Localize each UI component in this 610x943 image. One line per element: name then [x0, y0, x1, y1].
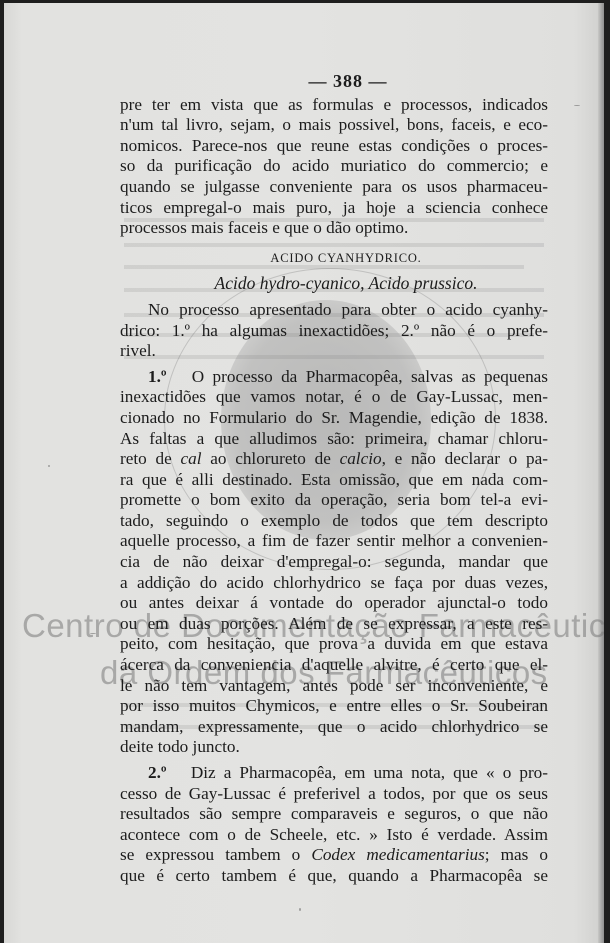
text-line: rivel.	[120, 341, 548, 362]
text-line: ou em duas porções. Além de se expressar…	[120, 614, 548, 635]
text-line: aquelle processo, a fim de fazer sentir …	[120, 531, 548, 552]
text-line: cia de não deixar d'empregal-o: segunda,…	[120, 552, 548, 573]
intro-paragraph: pre ter em vista que as formulas e proce…	[120, 95, 548, 239]
item-marker: 1.º	[148, 367, 167, 386]
page-edge	[598, 3, 604, 943]
text-line: ácerca da conveniencia d'aquelle alvitre…	[120, 655, 548, 676]
text-line: resultados são sempre comparaveis e segu…	[120, 804, 548, 825]
text-line: 1.º O processo da Pharmacopêa, salvas as…	[120, 367, 548, 388]
text-line: As faltas a que alludimos são: primeira,…	[120, 429, 548, 450]
text-line: cesso de Gay-Lussac é preferivel a todos…	[120, 784, 548, 805]
text-line: por isso muitos Chymicos, e entre elles …	[120, 696, 548, 717]
text-line: se expressou tambem o Codex medicamentar…	[120, 845, 548, 866]
text-line: peito, com hesitação, que prova a duvida…	[120, 634, 548, 655]
italic-term: calcio	[340, 449, 382, 468]
text-line: 2.º Diz a Pharmacopêa, em uma nota, que …	[120, 763, 548, 784]
paragraph-1: No processo apresentado para obter o aci…	[120, 300, 548, 362]
scan-background: Centro de Documentação Farmacêutica da O…	[0, 0, 610, 943]
paper-speck	[48, 465, 50, 467]
section-heading: ACIDO CYANHYDRICO.	[144, 248, 548, 269]
text-line: promette o bom exito da operação, seria …	[120, 490, 548, 511]
text-line: a addição do acido chlorhydrico se faça …	[120, 573, 548, 594]
section-subheading: Acido hydro-cyanico, Acido prussico.	[144, 273, 548, 294]
italic-term: Codex medicamentarius	[311, 845, 484, 864]
item-marker: 2.º	[148, 763, 167, 782]
text-line: so da purificação do acido muriatico do …	[120, 156, 548, 177]
text-line: drico: 1.º ha algumas inexactidões; 2.º …	[120, 321, 548, 342]
paper-speck	[90, 633, 96, 634]
paragraph-3: 2.º Diz a Pharmacopêa, em uma nota, que …	[120, 763, 548, 887]
text-line: ra que é alli destinado. Esta omissão, q…	[120, 470, 548, 491]
text-line: inexactidões que vamos notar, é o de Gay…	[120, 387, 548, 408]
text-line: mandam, expressamente, que o acido chlor…	[120, 717, 548, 738]
text-line: No processo apresentado para obter o aci…	[120, 300, 548, 321]
page-number: — 388 —	[148, 71, 548, 92]
text-line: quando se julgasse conveniente para os u…	[120, 177, 548, 198]
paper-speck	[299, 908, 301, 911]
text-line: ou antes deixar á vontade do operador aj…	[120, 593, 548, 614]
text-line: acontece com o de Scheele, etc. » Isto é…	[120, 825, 548, 846]
text-line: deite todo juncto.	[120, 737, 548, 758]
paper-speck	[574, 105, 580, 106]
text-line: que é certo tambem é que, quando a Pharm…	[120, 866, 548, 887]
text-line: le não tem vantagem, antes pode ser inco…	[120, 676, 548, 697]
text-line: ticos empregal-o mais puro, ja hoje a sc…	[120, 198, 548, 219]
text-line: processos mais faceis e que o dão optimo…	[120, 218, 548, 239]
text-line: nomicos. Parece-nos que reune estas cond…	[120, 136, 548, 157]
paragraph-2: 1.º O processo da Pharmacopêa, salvas as…	[120, 367, 548, 758]
text-line: reto de cal ao chlorureto de calcio, e n…	[120, 449, 548, 470]
text-line: pre ter em vista que as formulas e proce…	[120, 95, 548, 116]
page-text: — 388 — pre ter em vista que as formulas…	[120, 71, 548, 887]
text-line: cionado no Formulario do Sr. Magendie, e…	[120, 408, 548, 429]
book-page: Centro de Documentação Farmacêutica da O…	[4, 3, 604, 943]
text-line: tado, seguindo o exemplo de todos que te…	[120, 511, 548, 532]
italic-term: cal	[180, 449, 201, 468]
text-line: n'um tal livro, sejam, o mais possivel, …	[120, 115, 548, 136]
